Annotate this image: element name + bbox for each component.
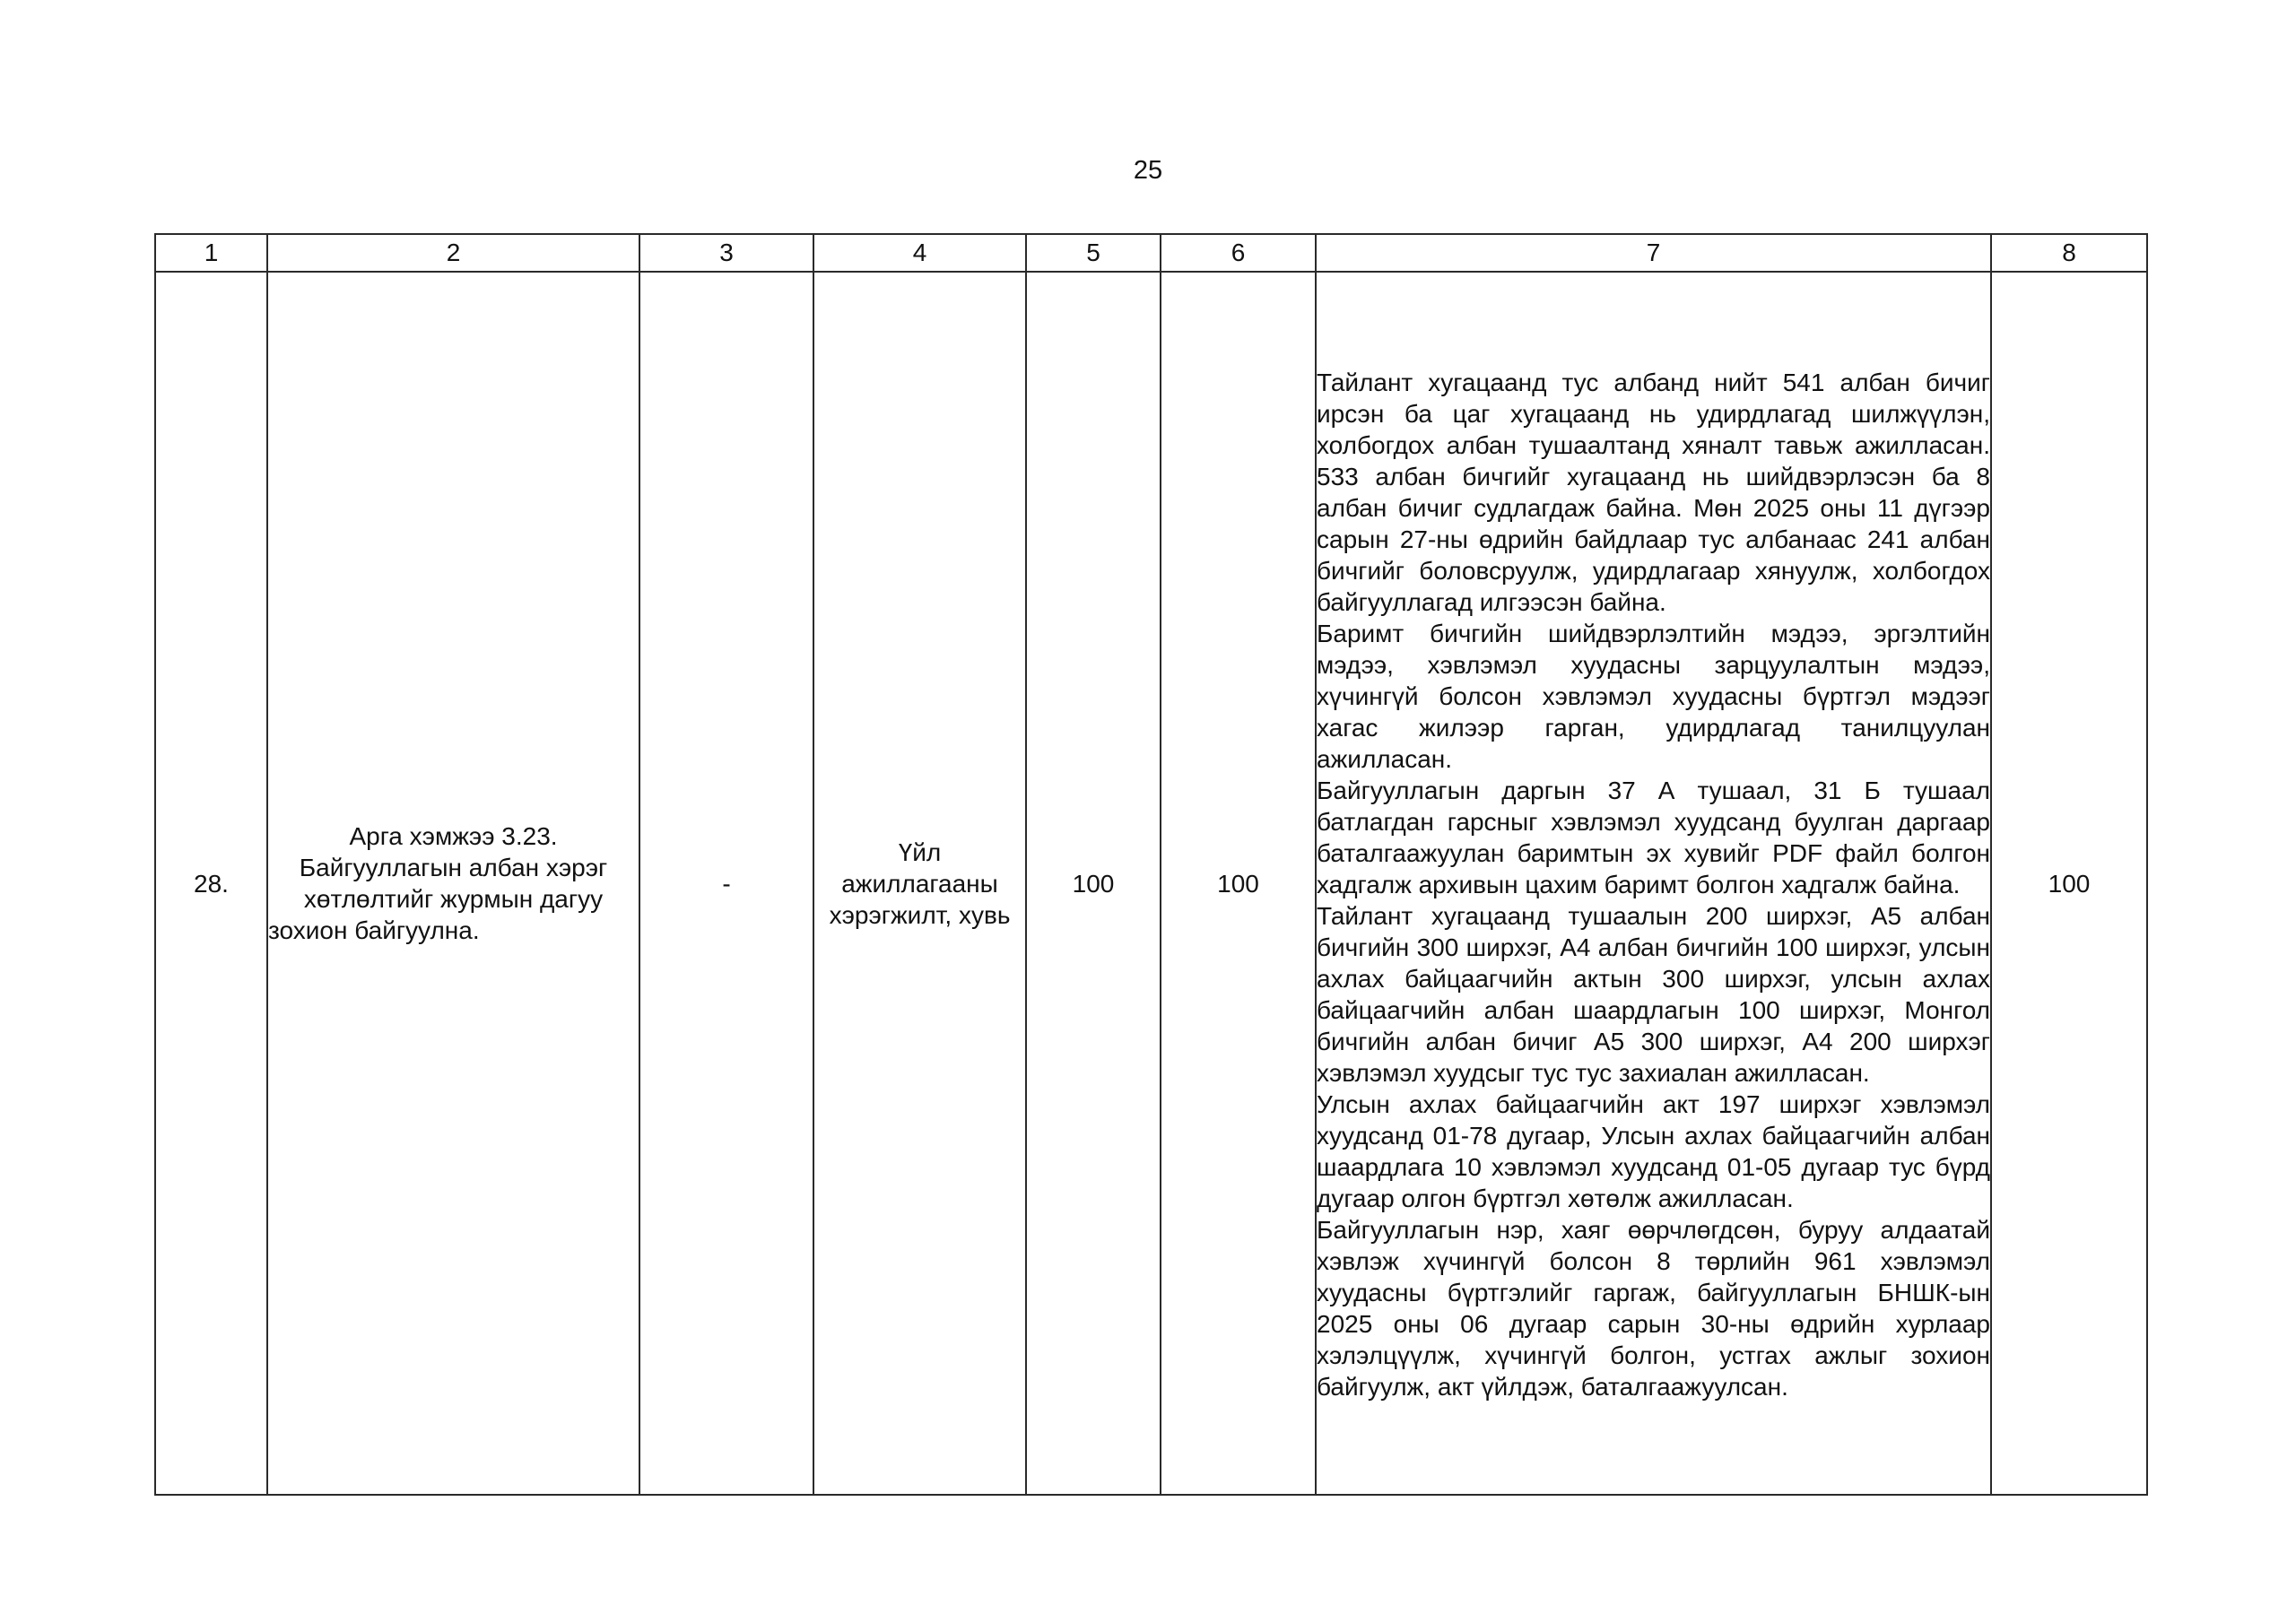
measure-cell: Арга хэмжээ 3.23. Байгууллагын албан хэр… xyxy=(267,272,639,1495)
report-cell: Тайлант хугацаанд тус албанд нийт 541 ал… xyxy=(1316,272,1991,1495)
column-header-1: 1 xyxy=(155,234,267,272)
page-number: 25 xyxy=(0,154,2296,187)
column-header-8: 8 xyxy=(1991,234,2147,272)
report-table: 1 2 3 4 5 6 7 8 28. Арга хэмжээ 3.23. Ба… xyxy=(154,233,2148,1496)
column-header-2: 2 xyxy=(267,234,639,272)
column-header-5: 5 xyxy=(1026,234,1161,272)
column-header-3: 3 xyxy=(639,234,813,272)
indicator-cell: Үйл ажиллагааны хэрэгжилт, хувь xyxy=(813,272,1026,1495)
report-paragraph: Баримт бичгийн шийдвэрлэлтийн мэдээ, эрг… xyxy=(1317,618,1990,775)
report-paragraph: Тайлант хугацаанд тушаалын 200 ширхэг, А… xyxy=(1317,900,1990,1089)
report-paragraph: Байгууллагын нэр, хаяг өөрчлөгдсөн, буру… xyxy=(1317,1214,1990,1402)
col5-value: 100 xyxy=(1026,272,1161,1495)
report-paragraph: Тайлант хугацаанд тус албанд нийт 541 ал… xyxy=(1317,367,1990,618)
row-index: 28. xyxy=(155,272,267,1495)
column-header-6: 6 xyxy=(1161,234,1316,272)
report-paragraph: Байгууллагын даргын 37 А тушаал, 31 Б ту… xyxy=(1317,775,1990,900)
col6-value: 100 xyxy=(1161,272,1316,1495)
column-header-7: 7 xyxy=(1316,234,1991,272)
table-row: 28. Арга хэмжээ 3.23. Байгууллагын албан… xyxy=(155,272,2147,1495)
report-paragraph: Улсын ахлах байцаагчийн акт 197 ширхэг х… xyxy=(1317,1089,1990,1214)
col8-value: 100 xyxy=(1991,272,2147,1495)
col3-cell: - xyxy=(639,272,813,1495)
header-row: 1 2 3 4 5 6 7 8 xyxy=(155,234,2147,272)
column-header-4: 4 xyxy=(813,234,1026,272)
